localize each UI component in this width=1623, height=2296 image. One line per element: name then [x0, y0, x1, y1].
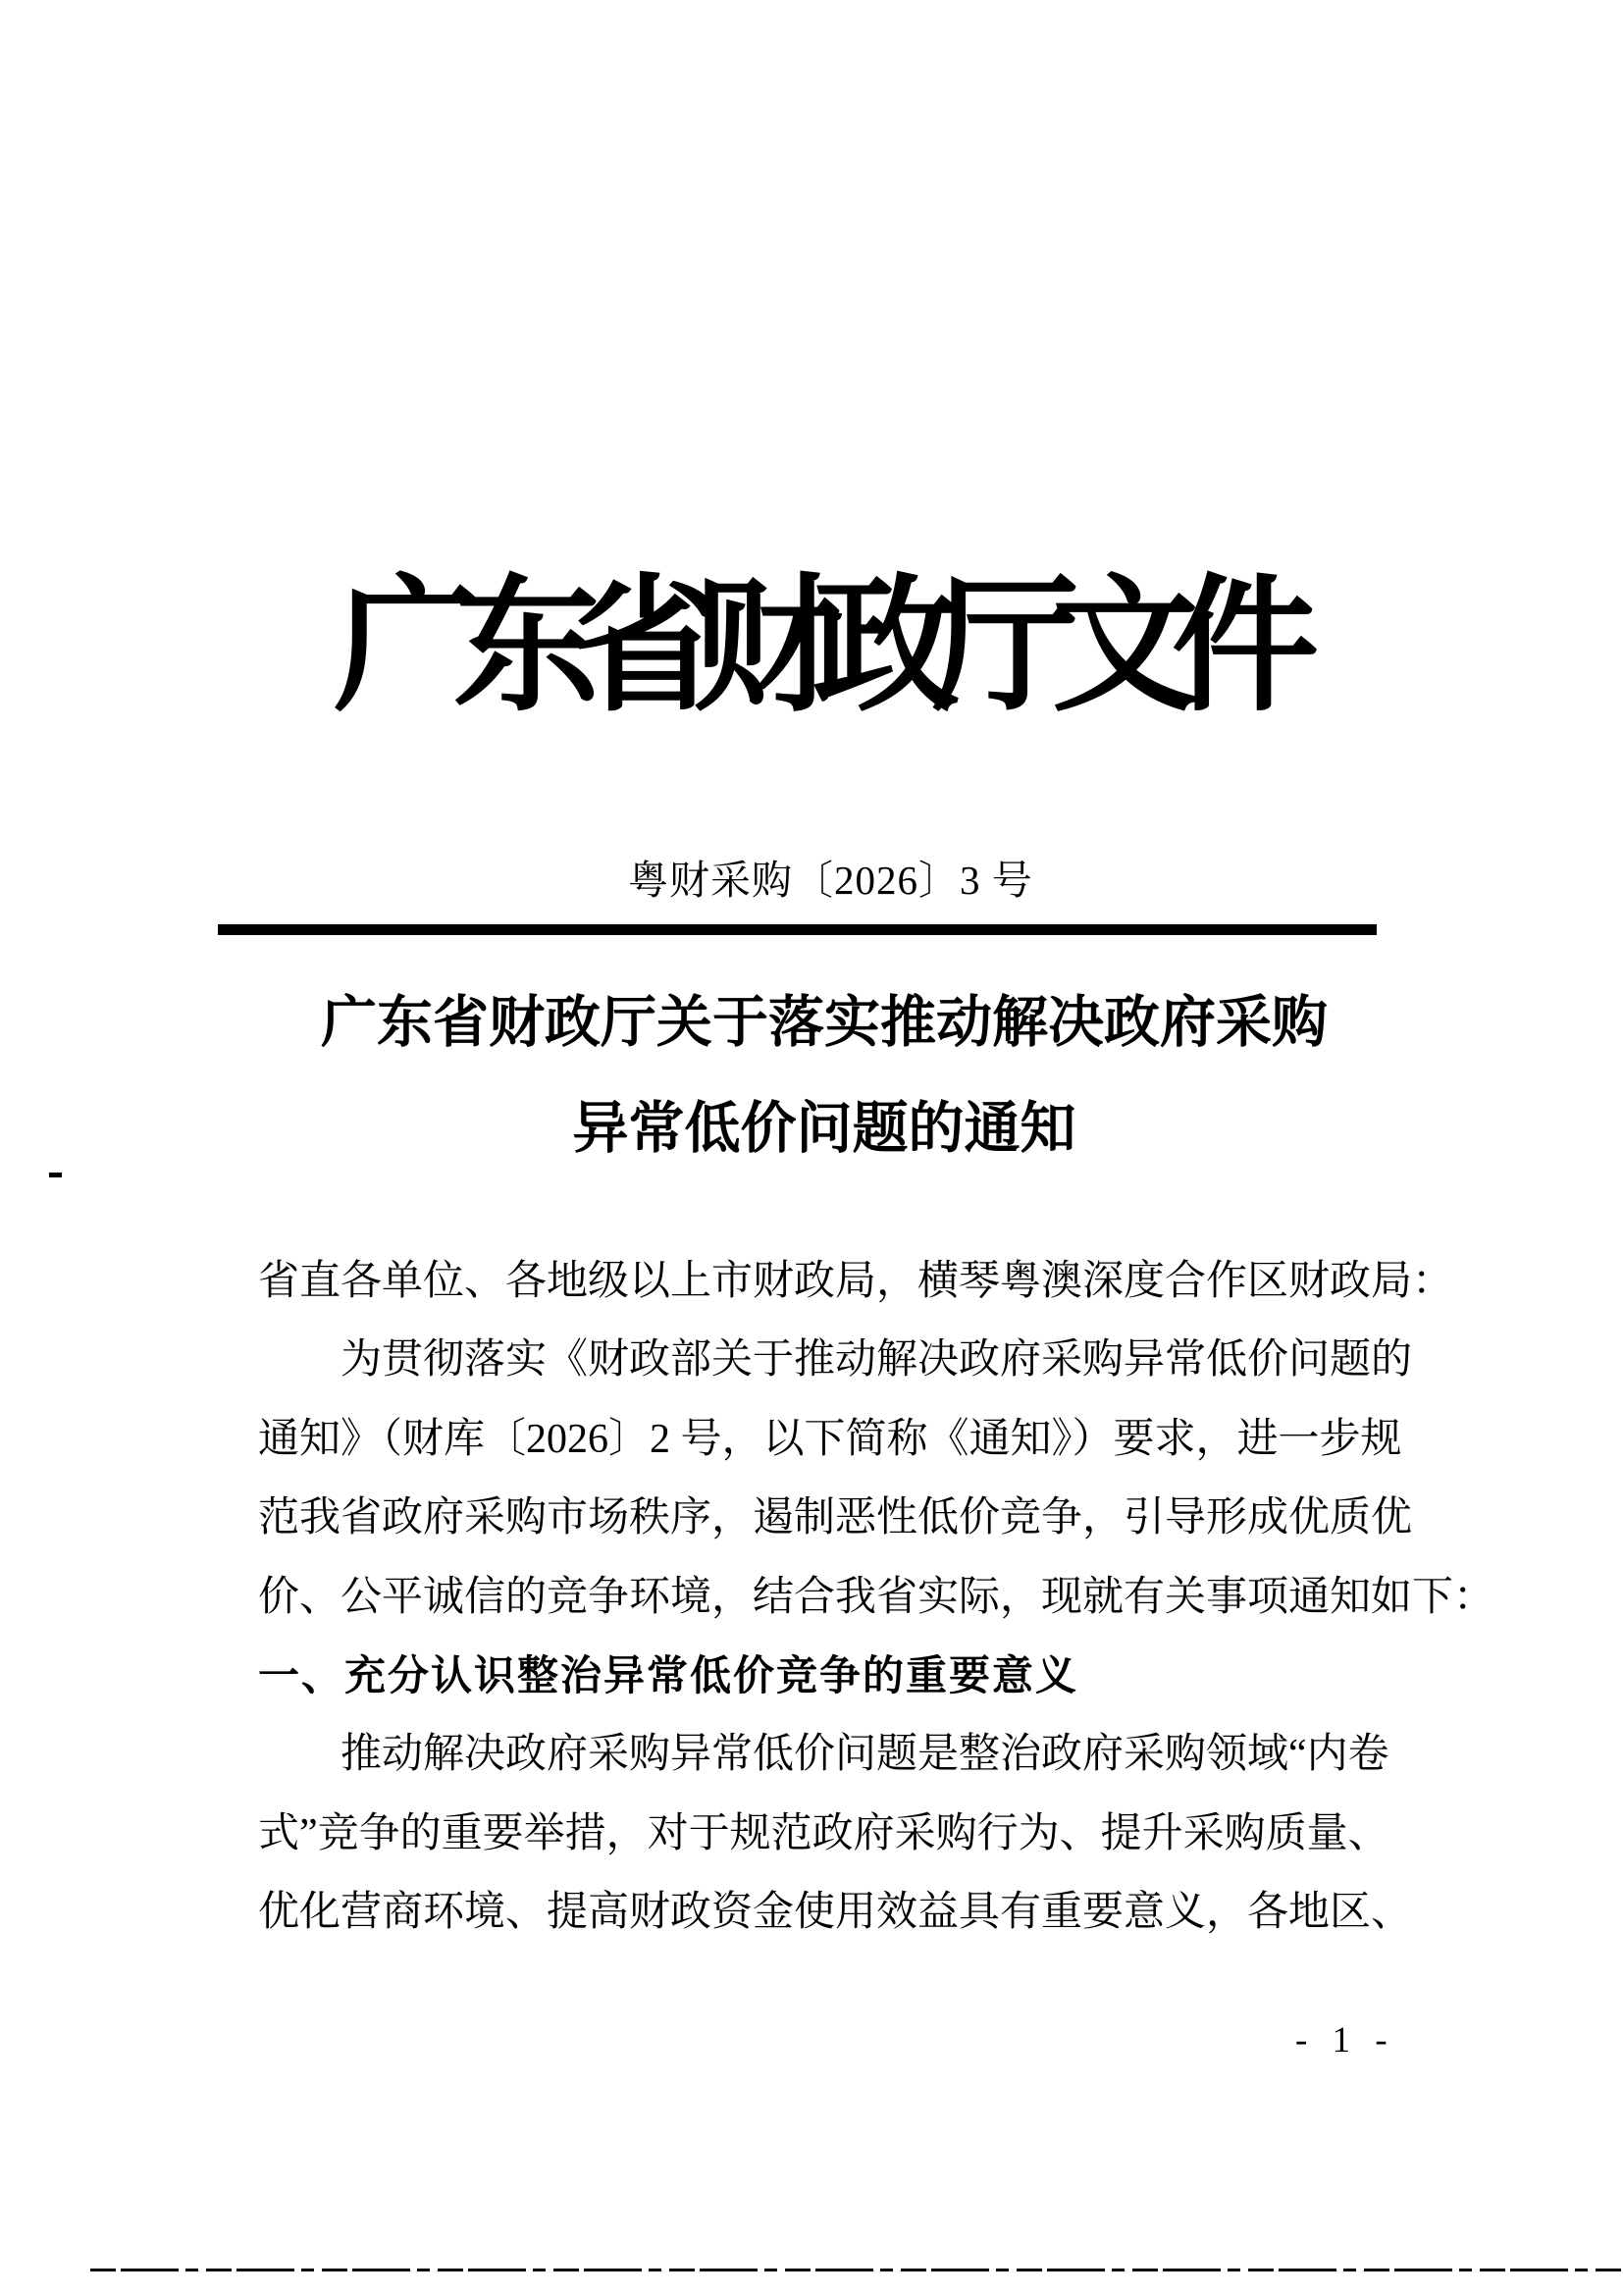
salutation-line: 省直各单位、各地级以上市财政局，横琴粤澳深度合作区财政局：: [258, 1242, 1378, 1321]
scan-artifact-dash: [49, 1173, 62, 1177]
paragraph-line: 为贯彻落实《财政部关于推动解决政府采购异常低价问题的: [258, 1321, 1378, 1399]
page-number: - 1 -: [1295, 2019, 1395, 2062]
header-separator-rule: [218, 924, 1377, 935]
paragraph-line: 式”竞争的重要举措，对于规范政府采购行为、提升采购质量、: [258, 1795, 1378, 1873]
paragraph-line: 优化营商环境、提高财政资金使用效益具有重要意义，各地区、: [258, 1873, 1378, 1952]
scan-artifact-bottom-line: [90, 2269, 1623, 2271]
paragraph-line: 范我省政府采购市场秩序，遏制恶性低价竞争，引导形成优质优: [258, 1479, 1378, 1557]
document-page: 广东省财政厅文件 粤财采购〔2026〕3 号 广东省财政厅关于落实推动解决政府采…: [0, 0, 1623, 2296]
section-heading: 一、充分认识整治异常低价竞争的重要意义: [258, 1637, 1378, 1715]
body-text: 省直各单位、各地级以上市财政局，横琴粤澳深度合作区财政局： 为贯彻落实《财政部关…: [258, 1242, 1378, 1953]
paragraph-line: 推动解决政府采购异常低价问题是整治政府采购领域“内卷: [258, 1715, 1378, 1794]
document-number: 粤财采购〔2026〕3 号: [628, 856, 1033, 905]
paragraph-line: 价、公平诚信的竞争环境，结合我省实际，现就有关事项通知如下：: [258, 1558, 1378, 1637]
document-title-line-2: 异常低价问题的通知: [26, 1076, 1623, 1182]
document-title: 广东省财政厅关于落实推动解决政府采购 异常低价问题的通知: [26, 970, 1623, 1182]
document-title-line-1: 广东省财政厅关于落实推动解决政府采购: [26, 970, 1623, 1076]
paragraph-line: 通知》（财库〔2026〕2 号，以下简称《通知》）要求，进一步规: [258, 1400, 1378, 1479]
masthead-title: 广东省财政厅文件: [334, 571, 1291, 724]
